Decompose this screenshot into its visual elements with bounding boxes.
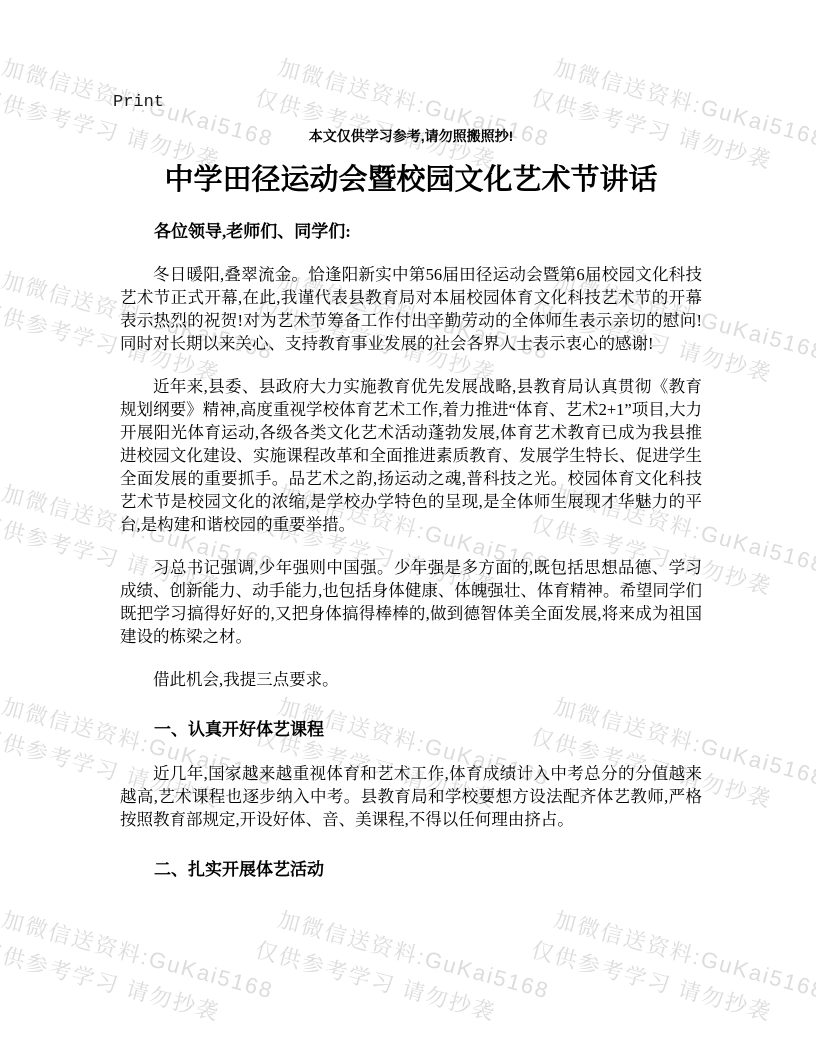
document-body: 冬日暖阳,叠翠流金。恰逢阳新实中第56届田径运动会暨第6届校园文化科技艺术节正式… xyxy=(120,263,702,881)
watermark-line1: 加微信送资料:GuKai5168 xyxy=(274,902,554,1008)
watermark-line1: 加微信送资料:GuKai5168 xyxy=(550,902,816,1008)
watermark-tile: 加微信送资料:GuKai5168仅供参考学习 请勿抄袭 xyxy=(0,902,278,1042)
paragraph: 近几年,国家越来越重视体育和艺术工作,体育成绩计入中考总分的分值越来越高,艺术课… xyxy=(120,762,702,831)
watermark-tile: 加微信送资料:GuKai5168仅供参考学习 请勿抄袭 xyxy=(265,902,554,1042)
watermark-tile: 加微信送资料:GuKai5168仅供参考学习 请勿抄袭 xyxy=(541,902,816,1042)
watermark-line1: 加微信送资料:GuKai5168 xyxy=(0,902,278,1008)
print-link[interactable]: Print xyxy=(113,93,164,112)
paragraph: 冬日暖阳,叠翠流金。恰逢阳新实中第56届田径运动会暨第6届校园文化科技艺术节正式… xyxy=(120,263,702,355)
document-content: 本文仅供学习参考,请勿照搬照抄! 中学田径运动会暨校园文化艺术节讲话 各位领导,… xyxy=(120,126,702,902)
document-title: 中学田径运动会暨校园文化艺术节讲话 xyxy=(120,162,702,198)
watermark-line2: 仅供参考学习 请勿抄袭 xyxy=(527,932,816,1042)
paragraph: 习总书记强调,少年强则中国强。少年强是多方面的,既包括思想品德、学习成绩、创新能… xyxy=(120,556,702,648)
greeting-line: 各位领导,老师们、同学们: xyxy=(120,220,702,243)
document-page: 加微信送资料:GuKai5168仅供参考学习 请勿抄袭加微信送资料:GuKai5… xyxy=(0,0,816,1056)
watermark-line2: 仅供参考学习 请勿抄袭 xyxy=(0,932,269,1042)
watermark-line2: 仅供参考学习 请勿抄袭 xyxy=(251,932,544,1042)
paragraph: 近年来,县委、县政府大力实施教育优先发展战略,县教育局认真贯彻《教育规划纲要》精… xyxy=(120,375,702,536)
paragraph: 借此机会,我提三点要求。 xyxy=(120,668,702,691)
copy-notice: 本文仅供学习参考,请勿照搬照抄! xyxy=(120,126,702,146)
section-heading: 一、认真开好体艺课程 xyxy=(120,718,702,741)
section-heading: 二、扎实开展体艺活动 xyxy=(120,858,702,881)
